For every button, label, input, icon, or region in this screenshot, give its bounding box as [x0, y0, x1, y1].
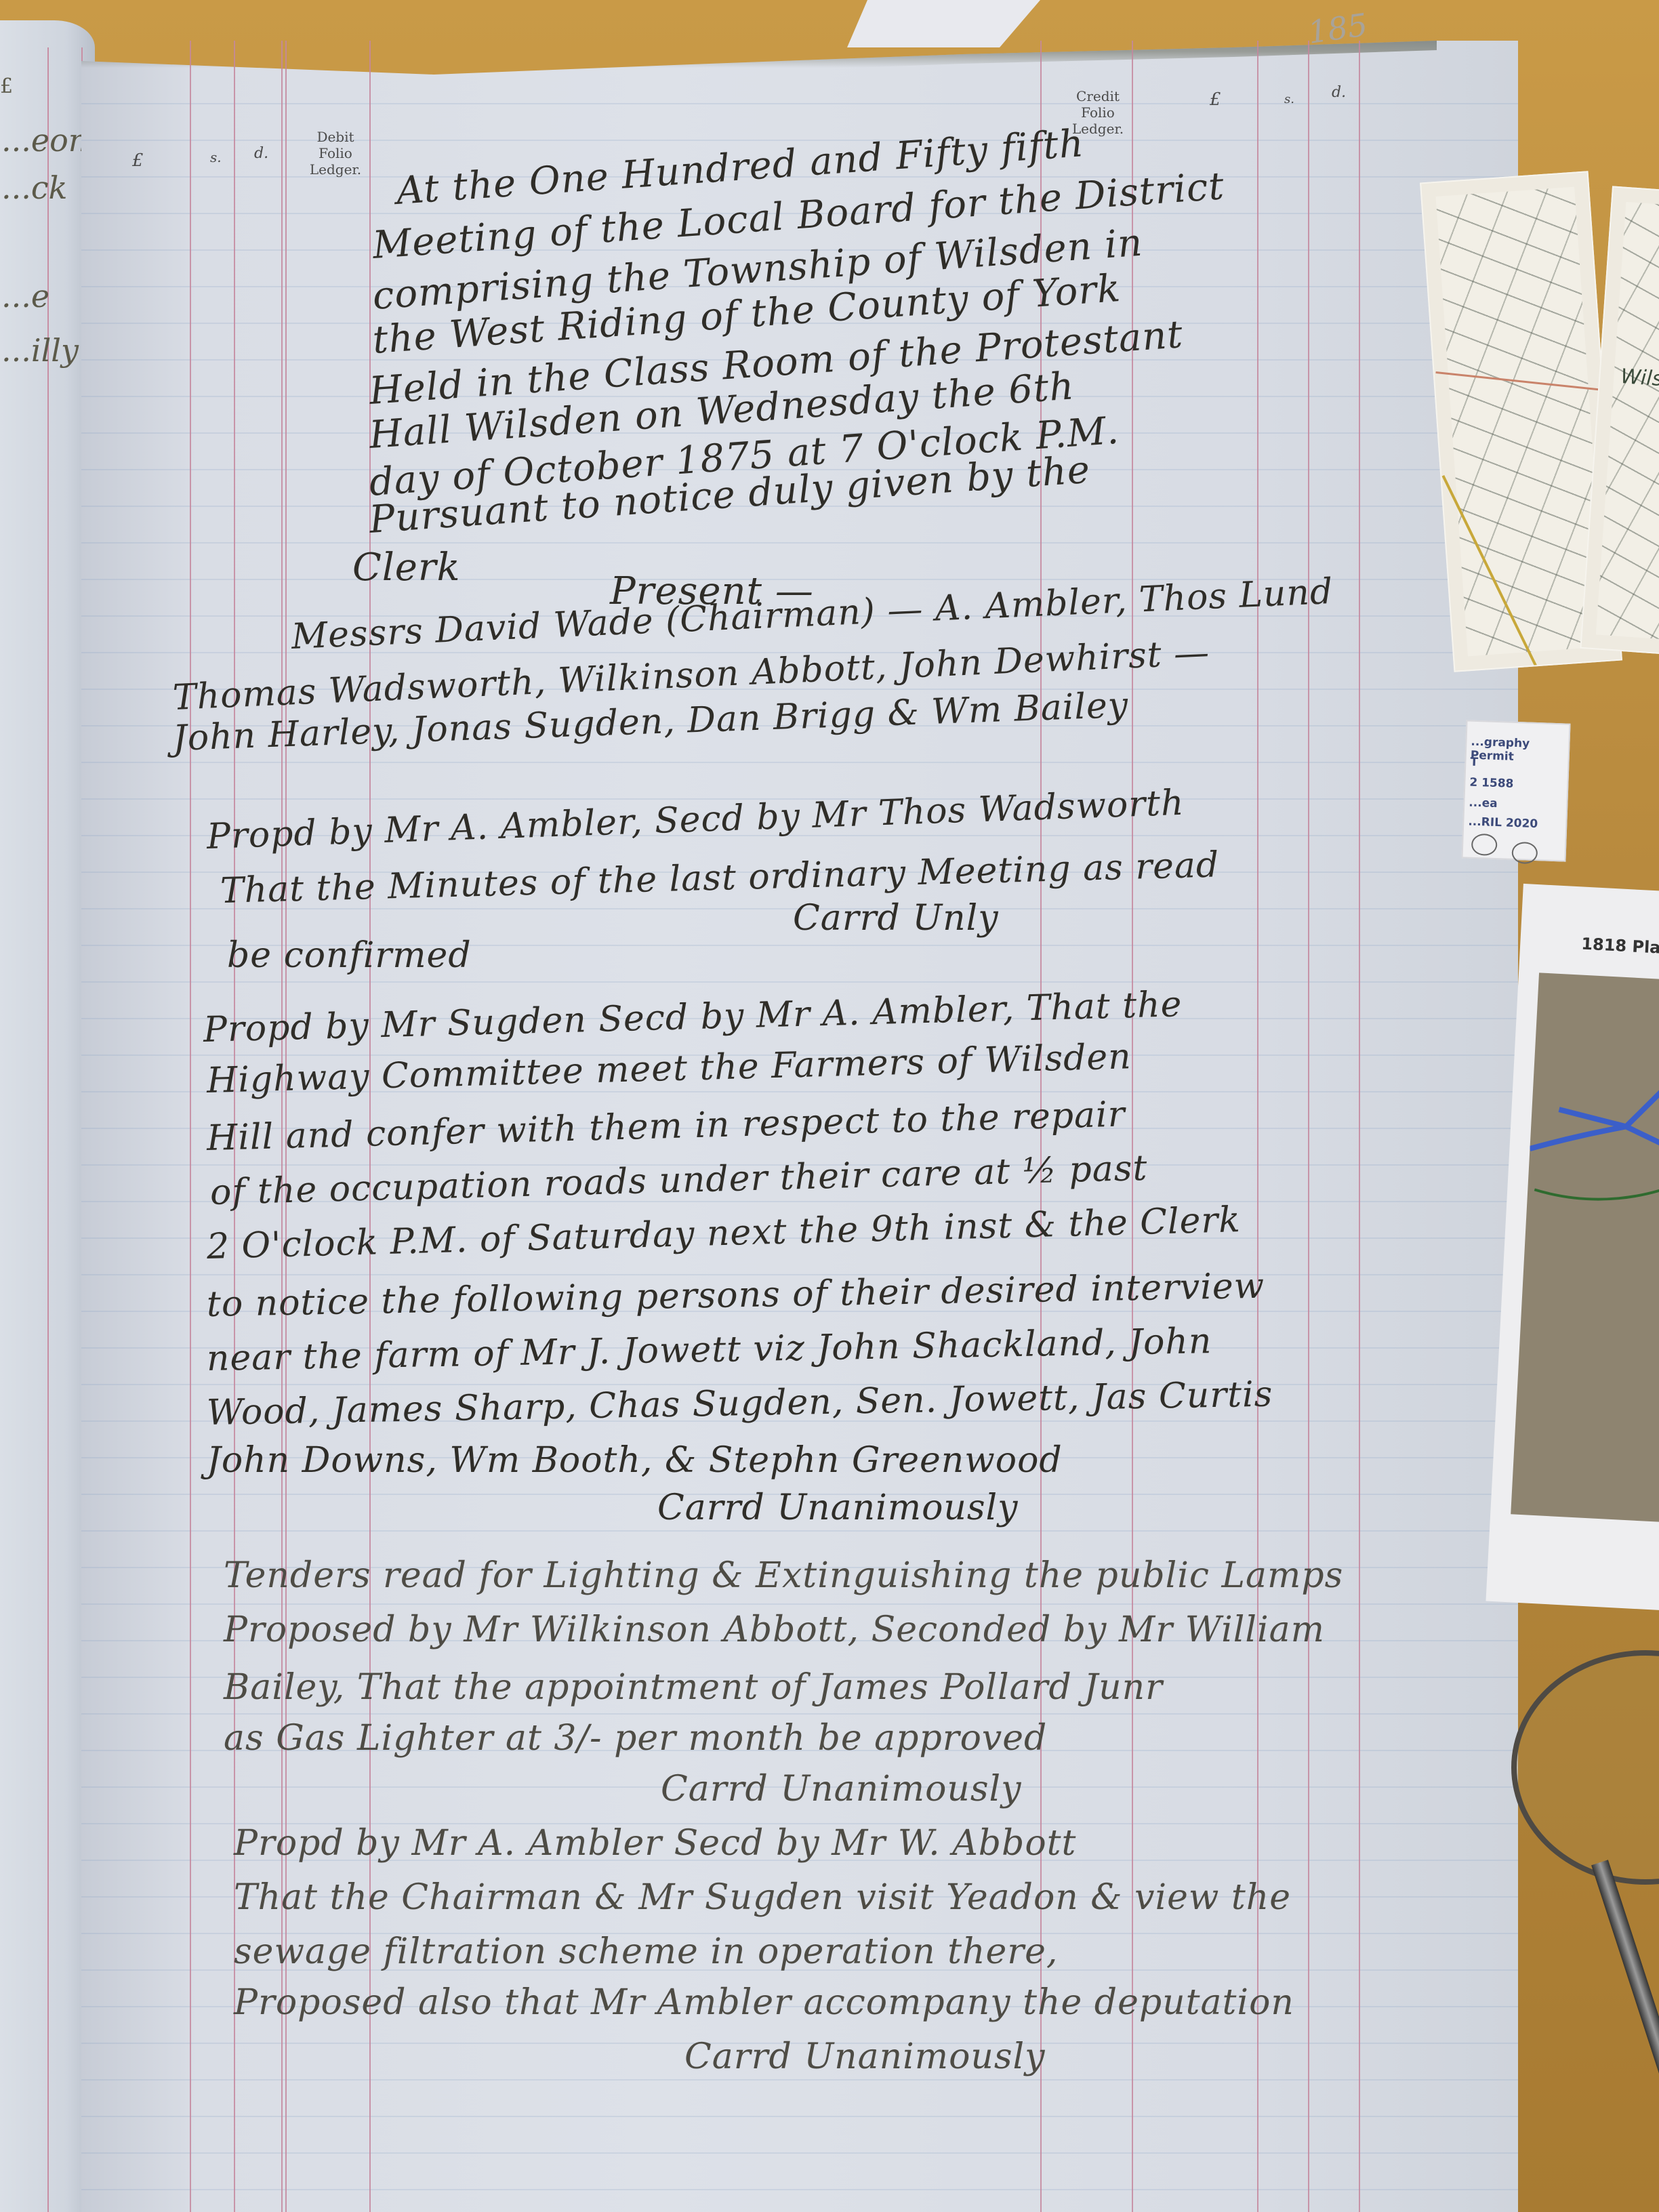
header-text: Debit — [305, 129, 366, 145]
resolution-4-line: Proposed also that Mr Ambler accompany t… — [234, 1982, 1294, 2023]
prev-fragment: ...eon — [1, 122, 88, 159]
permit-checkbox — [1471, 834, 1498, 856]
header-text: Ledger. — [305, 161, 366, 178]
ledger-rule — [1359, 41, 1360, 2212]
resolution-2-line: John Downs, Wm Booth, & Stephn Greenwood — [207, 1440, 1063, 1481]
map-grid — [1436, 187, 1607, 657]
header-shillings-right: s. — [1284, 91, 1294, 108]
resolution-4-line: sewage filtration scheme in operation th… — [234, 1931, 1058, 1972]
resolution-4-line: That the Chairman & Mr Sugden visit Yead… — [234, 1877, 1291, 1918]
permit-line: T — [1470, 756, 1478, 769]
ledger-rule — [190, 41, 191, 2212]
heading-line: Clerk — [352, 546, 461, 590]
header-debit-folio: Debit Folio Ledger. — [305, 129, 366, 178]
permit-line: ...ea — [1469, 796, 1498, 811]
ledger-rule — [47, 47, 49, 2212]
previous-page-edge: £ ...eon ...ck ...e ...illy — [0, 20, 95, 2212]
ledger-rule — [1308, 41, 1309, 2212]
prev-pound-symbol: £ — [0, 75, 13, 98]
header-text: Credit — [1067, 88, 1128, 104]
resolution-3-line: Bailey, That the appointment of James Po… — [224, 1667, 1163, 1708]
resolution-3-line: Tenders read for Lighting & Extinguishin… — [224, 1555, 1343, 1596]
resolution-4-outcome: Carrd Unanimously — [684, 2036, 1046, 2077]
permit-title: ...graphy Permit — [1470, 735, 1568, 766]
header-pounds-left: £ — [132, 152, 144, 169]
prev-fragment: ...illy — [1, 332, 79, 369]
prev-fragment: ...e — [1, 278, 49, 314]
header-pence-left: d. — [254, 146, 268, 162]
permit-line: ...RIL 2020 — [1468, 815, 1538, 832]
photography-permit-card: ...graphy Permit T 2 1588 ...ea ...RIL 2… — [1461, 720, 1570, 861]
plan-title: 1818 Plan o... — [1581, 935, 1659, 960]
resolution-3-line: Proposed by Mr Wilkinson Abbott, Seconde… — [224, 1610, 1325, 1650]
prev-fragment: ...ck — [1, 169, 68, 206]
resolution-4-line: Propd by Mr A. Ambler Secd by Mr W. Abbo… — [234, 1823, 1076, 1864]
header-text: Folio — [305, 145, 366, 161]
resolution-3-outcome: Carrd Unanimously — [661, 1769, 1022, 1809]
header-pounds-right: £ — [1210, 91, 1221, 108]
resolution-1-line: be confirmed — [227, 935, 472, 976]
resolution-1-outcome: Carrd Unly — [793, 898, 999, 939]
resolution-2-outcome: Carrd Unanimously — [657, 1488, 1019, 1528]
plan-route-lines — [1511, 972, 1659, 1523]
header-shillings-left: s. — [210, 149, 222, 165]
resolution-3-line: as Gas Lighter at 3/- per month be appro… — [224, 1718, 1047, 1759]
header-text: Folio — [1067, 104, 1128, 121]
header-pence-right: d. — [1332, 85, 1346, 101]
permit-line: 2 1588 — [1469, 776, 1514, 791]
plan-map-image — [1511, 972, 1659, 1523]
